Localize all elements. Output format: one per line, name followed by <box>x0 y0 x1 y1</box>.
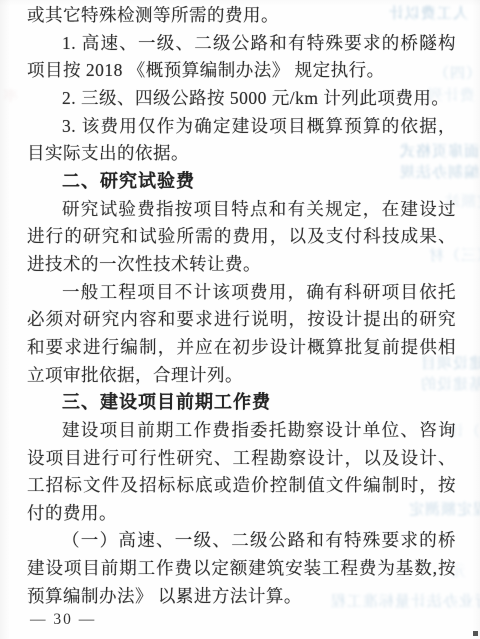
section-heading: 二、研究试验费 <box>27 168 456 196</box>
text-line: 必须对研究内容和要求进行说明，按设计提出的研究试验内容 <box>27 306 456 334</box>
section-heading: 三、建设项目前期工作费 <box>27 389 456 417</box>
text-line: 或其它特殊检测等所需的费用。 <box>27 2 456 30</box>
text-line: （一）高速、一级、二级公路和有特殊要求的桥隧构造物 <box>27 527 456 555</box>
text-line: 付的费用。 <box>27 500 456 528</box>
body-text: 或其它特殊检测等所需的费用。 1. 高速、一级、二级公路和有特殊要求的桥隧构造物… <box>27 2 456 610</box>
text-line: 研究试验费指按项目特点和有关规定，在建设过程中必须 <box>27 196 456 224</box>
page-number: — 30 — <box>30 611 96 629</box>
text-line: 3. 该费用仅作为确定建设项目概算预算的依据，不作为项 <box>27 113 456 141</box>
document-page: 人工费以计 （四） 费计列 封面扉页格式 算编制办法规 定额站 （三）材 3 建… <box>0 0 480 639</box>
text-line: 建设项目前期工作费以定额建筑安装工程费为基数,按 2018《概 <box>27 555 456 583</box>
text-line: 1. 高速、一级、二级公路和有特殊要求的桥隧构造物新建 <box>27 30 456 58</box>
text-line: 进行的研究和试验所需的费用，以及支付科技成果、专利、先 <box>27 223 456 251</box>
text-line: 2. 三级、四级公路按 5000 元/km 计列此项费用。 <box>27 85 456 113</box>
text-line: 一般工程项目不计该项费用，确有科研项目依托工程时， <box>27 279 456 307</box>
text-line: 项目按 2018 《概预算编制办法》 规定执行。 <box>27 57 456 85</box>
text-line: 预算编制办法》 以累进方法计算。 <box>27 583 456 611</box>
bleedthrough-fragment: 率 <box>2 85 18 106</box>
text-line: 进技术的一次性技术转让费。 <box>27 251 456 279</box>
text-line: 设项目进行可行性研究、工程勘察设计，以及设计、监理、施 <box>27 445 456 473</box>
text-line: 目实际支出的依据。 <box>27 140 456 168</box>
text-line: 建设项目前期工作费指委托勘察设计单位、咨询单位对建 <box>27 417 456 445</box>
text-line: 立项审批依据，合理计列。 <box>27 362 456 390</box>
text-line: 和要求进行编制，并应在初步设计概算批复前提供相关部门的 <box>27 334 456 362</box>
text-line: 工招标文件及招标标底或造价控制值文件编制时，按规定应支 <box>27 472 456 500</box>
scan-artifact <box>473 631 478 636</box>
